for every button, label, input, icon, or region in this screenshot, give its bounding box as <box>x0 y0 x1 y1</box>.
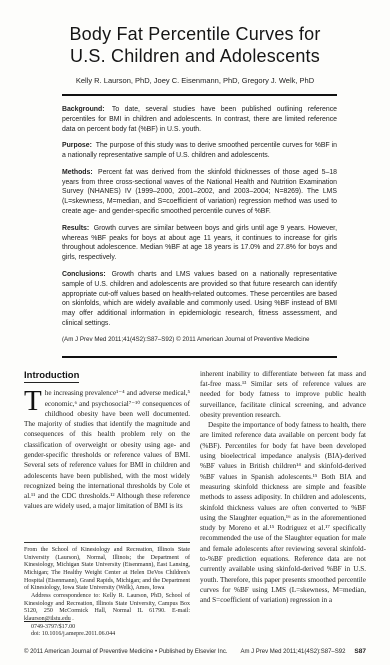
title-line-2: U.S. Children and Adolescents <box>24 46 366 68</box>
correspondence-text: Address correspondence to: Kelly R. Laur… <box>24 593 190 614</box>
abstract-text-results: Growth curves are similar between boys a… <box>62 225 337 261</box>
abstract-label-background: Background: <box>62 106 107 113</box>
introduction-heading-text: Introduction <box>24 370 79 384</box>
footer-copyright: © 2011 American Journal of Preventive Me… <box>24 649 228 655</box>
abstract-text-conclusions: Growth charts and LMS values based on a … <box>62 271 337 327</box>
left-column: Introduction T he increasing prevalence¹… <box>24 369 190 639</box>
abstract-section-purpose: Purpose: The purpose of this study was t… <box>62 141 337 161</box>
correspondence-note: Address correspondence to: Kelly R. Laur… <box>24 593 190 624</box>
abstract-label-results: Results: <box>62 225 91 232</box>
footer-page-number: S87 <box>354 648 366 655</box>
email-link[interactable]: klaurson@ilstu.edu <box>24 616 71 622</box>
abstract: Background: To date, several studies hav… <box>62 105 337 352</box>
title-line-1: Body Fat Percentile Curves for <box>24 24 366 46</box>
abstract-label-methods: Methods: <box>62 169 95 176</box>
issn-line: 0749-3797/$17.00 <box>24 624 190 632</box>
dropcap-letter: T <box>24 388 45 413</box>
page-title: Body Fat Percentile Curves for U.S. Chil… <box>24 24 366 68</box>
section-heading-introduction: Introduction <box>24 369 190 383</box>
footer-citation: Am J Prev Med 2011;41(4S2):S87–S92 <box>240 649 345 655</box>
doi-line: doi: 10.1016/j.amepre.2011.06.044 <box>24 631 190 639</box>
page-footer: © 2011 American Journal of Preventive Me… <box>24 648 366 655</box>
abstract-citation: (Am J Prev Med 2011;41(4S2):S87–S92) © 2… <box>62 336 337 345</box>
authors-line: Kelly R. Laurson, PhD, Joey C. Eisenmann… <box>24 76 366 85</box>
right-column: inherent inability to differentiate betw… <box>200 369 366 639</box>
intro-paragraph-text: he increasing prevalence¹⁻⁴ and adverse … <box>24 389 190 510</box>
intro-paragraph: T he increasing prevalence¹⁻⁴ and advers… <box>24 388 190 512</box>
affiliations-note: From the School of Kinesiology and Recre… <box>24 547 190 593</box>
abstract-text-purpose: The purpose of this study was to derive … <box>62 142 337 159</box>
abstract-section-background: Background: To date, several studies hav… <box>62 105 337 134</box>
abstract-label-conclusions: Conclusions: <box>62 271 108 278</box>
abstract-top-rule <box>62 94 337 96</box>
footnote-block: From the School of Kinesiology and Recre… <box>24 542 190 639</box>
abstract-section-conclusions: Conclusions: Growth charts and LMS value… <box>62 270 337 329</box>
correspondence-period: . <box>72 616 74 622</box>
abstract-section-results: Results: Growth curves are similar betwe… <box>62 224 337 263</box>
abstract-text-methods: Percent fat was derived from the skinfol… <box>62 169 337 215</box>
journal-article-page: Body Fat Percentile Curves for U.S. Chil… <box>0 0 390 665</box>
article-body-columns: Introduction T he increasing prevalence¹… <box>24 369 366 639</box>
footer-right-group: Am J Prev Med 2011;41(4S2):S87–S92 S87 <box>240 648 366 655</box>
body-paragraph-continuation: inherent inability to differentiate betw… <box>200 369 366 420</box>
abstract-section-methods: Methods: Percent fat was derived from th… <box>62 168 337 217</box>
abstract-label-purpose: Purpose: <box>62 142 94 149</box>
abstract-bottom-rule <box>62 356 337 358</box>
body-paragraph-2: Despite the importance of body fatness t… <box>200 420 366 605</box>
